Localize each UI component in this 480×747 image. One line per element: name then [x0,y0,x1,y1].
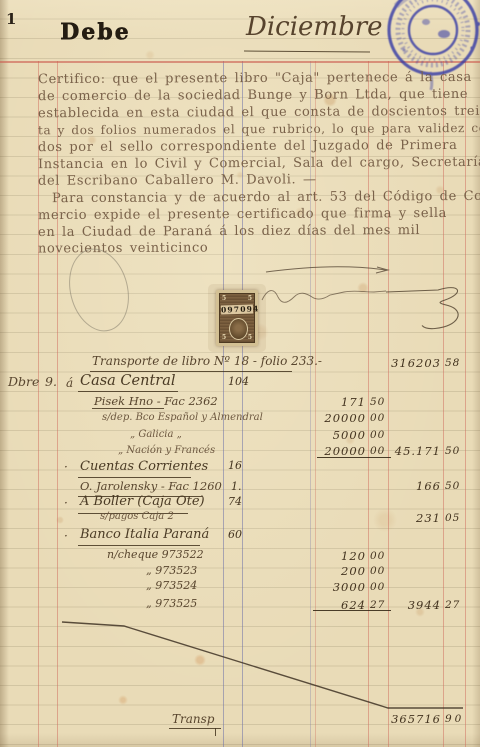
entry-description: „ Nación y Francés [118,445,215,456]
entry-description: O. Jarolensky - Fac 1260 [80,479,222,493]
debit-cents: 00 [370,550,385,562]
folio-number: 74 [228,495,242,508]
stamp-denomination: 5 [248,295,252,302]
account-underline [78,545,200,546]
stamp-emblem [229,318,248,340]
ditto-mark: · [64,496,68,510]
grand-total-cents: 90 [445,713,464,725]
debit-amount: 171 [290,395,366,409]
credit-cents: 27 [445,599,460,611]
certificate-line: en la Ciudad de Paraná á los diez días d… [38,223,420,240]
certificate-line: Instancia en lo Civil y Comercial, Sala … [38,155,480,172]
certificate-line: mercio expide el presente certificado qu… [38,206,447,223]
certificate-line: Certifico: que el presente libro "Caja" … [38,70,472,87]
revenue-stamp-icon: 5 5 097094 5 5 [216,290,258,346]
debit-title: Debe [60,19,130,45]
closing-diagonal-line [62,622,463,708]
stamp-denomination: 5 [248,334,252,341]
entry-date-month: Dbre [8,374,39,389]
transport-label: Transp [172,712,214,726]
revenue-stamp-body: 5 5 097094 5 5 [219,293,255,343]
entry-description: Transporte de libro Nº 18 - folio 233.- [92,354,322,368]
folio-number: 104 [228,375,249,388]
entry-underline [90,371,292,372]
credit-cents: 05 [445,512,460,524]
transport-underline-tick [215,728,216,736]
debit-amount: 5000 [290,428,366,442]
account-name: Casa Central [80,373,176,389]
ditto-mark: · [64,529,68,543]
certificate-line: novecientos veinticinco [38,241,208,257]
folio-number: 60 [228,528,242,541]
stamp-serial-number: 097094 [221,304,253,314]
entry-description: n/cheque 973522 [107,548,204,561]
certificate-line: dos por el sello correspondiente del Juz… [38,138,458,155]
certificate-line: establecida en esta ciudad el que consta… [38,104,480,121]
debit-amount: 200 [290,564,366,578]
debit-amount: 120 [290,549,366,563]
debit-cents: 00 [370,581,385,593]
entry-description: s/dep. Bco Español y Almendral [102,412,263,423]
debit-amount: 3000 [290,580,366,594]
entry-description: „ 973525 [146,597,197,610]
entry-description: „ Galicia „ [130,429,182,440]
credit-amount: 45.171 [365,444,441,458]
stamp-denomination: 5 [222,295,226,302]
entry-description: s/pagos Caja 2 [100,511,174,522]
entry-description: „ 973524 [146,579,197,592]
credit-cents: 50 [445,445,460,457]
debit-cents: 00 [370,565,385,577]
month-title: Diciembre [246,12,383,42]
debit-cents: 50 [370,396,385,408]
entry-description: „ 973523 [146,564,197,577]
account-name: Cuentas Corrientes [80,459,208,474]
entry-prefix: á [66,376,73,390]
account-name: Banco Italia Paraná [80,527,209,542]
flourish-arrow-line [266,267,388,273]
entry-underline [92,408,164,409]
credit-cents: 50 [445,480,460,492]
signature-rubric [386,288,458,329]
entry-date-day: 9. [45,374,57,389]
month-underline [244,51,370,53]
page-number: 1 [6,10,16,28]
stamp-denomination: 5 [222,334,226,341]
account-underline [78,391,178,392]
folio-number: 1. [231,480,242,493]
ditto-mark: · [64,460,68,474]
certificate-line: del Escribano Caballero M. Davoli. — [38,172,317,188]
account-underline [78,477,191,478]
debit-amount: 20000 [290,411,366,425]
certificate-line: Para constancia y de acuerdo al art. 53 … [52,189,480,206]
certificate-line: ta y dos folios numerados el que rubrico… [38,121,480,138]
ledger-page: 1 Debe Diciembre Certifico: que el prese… [0,0,480,747]
entry-description: Pisek Hno - Fac 2362 [94,394,218,408]
debit-cents: 00 [370,429,385,441]
folio-number: 16 [228,459,242,472]
debit-cents: 00 [370,412,385,424]
pencil-oval-mark [61,242,138,338]
credit-amount: 3944 [365,598,441,612]
credit-amount: 166 [365,479,441,493]
header-rule [0,61,480,63]
grand-total-amount: 365716 [355,712,441,726]
credit-amount: 231 [365,511,441,525]
credit-amount: 316203 [355,356,441,370]
transport-underline [169,728,221,729]
account-name: A Boller (Caja Ote) [80,494,205,509]
credit-cents: 58 [445,357,460,369]
debit-amount: 20000 [290,444,366,458]
certificate-line: de comercio de la sociedad Bunge y Born … [38,87,468,104]
